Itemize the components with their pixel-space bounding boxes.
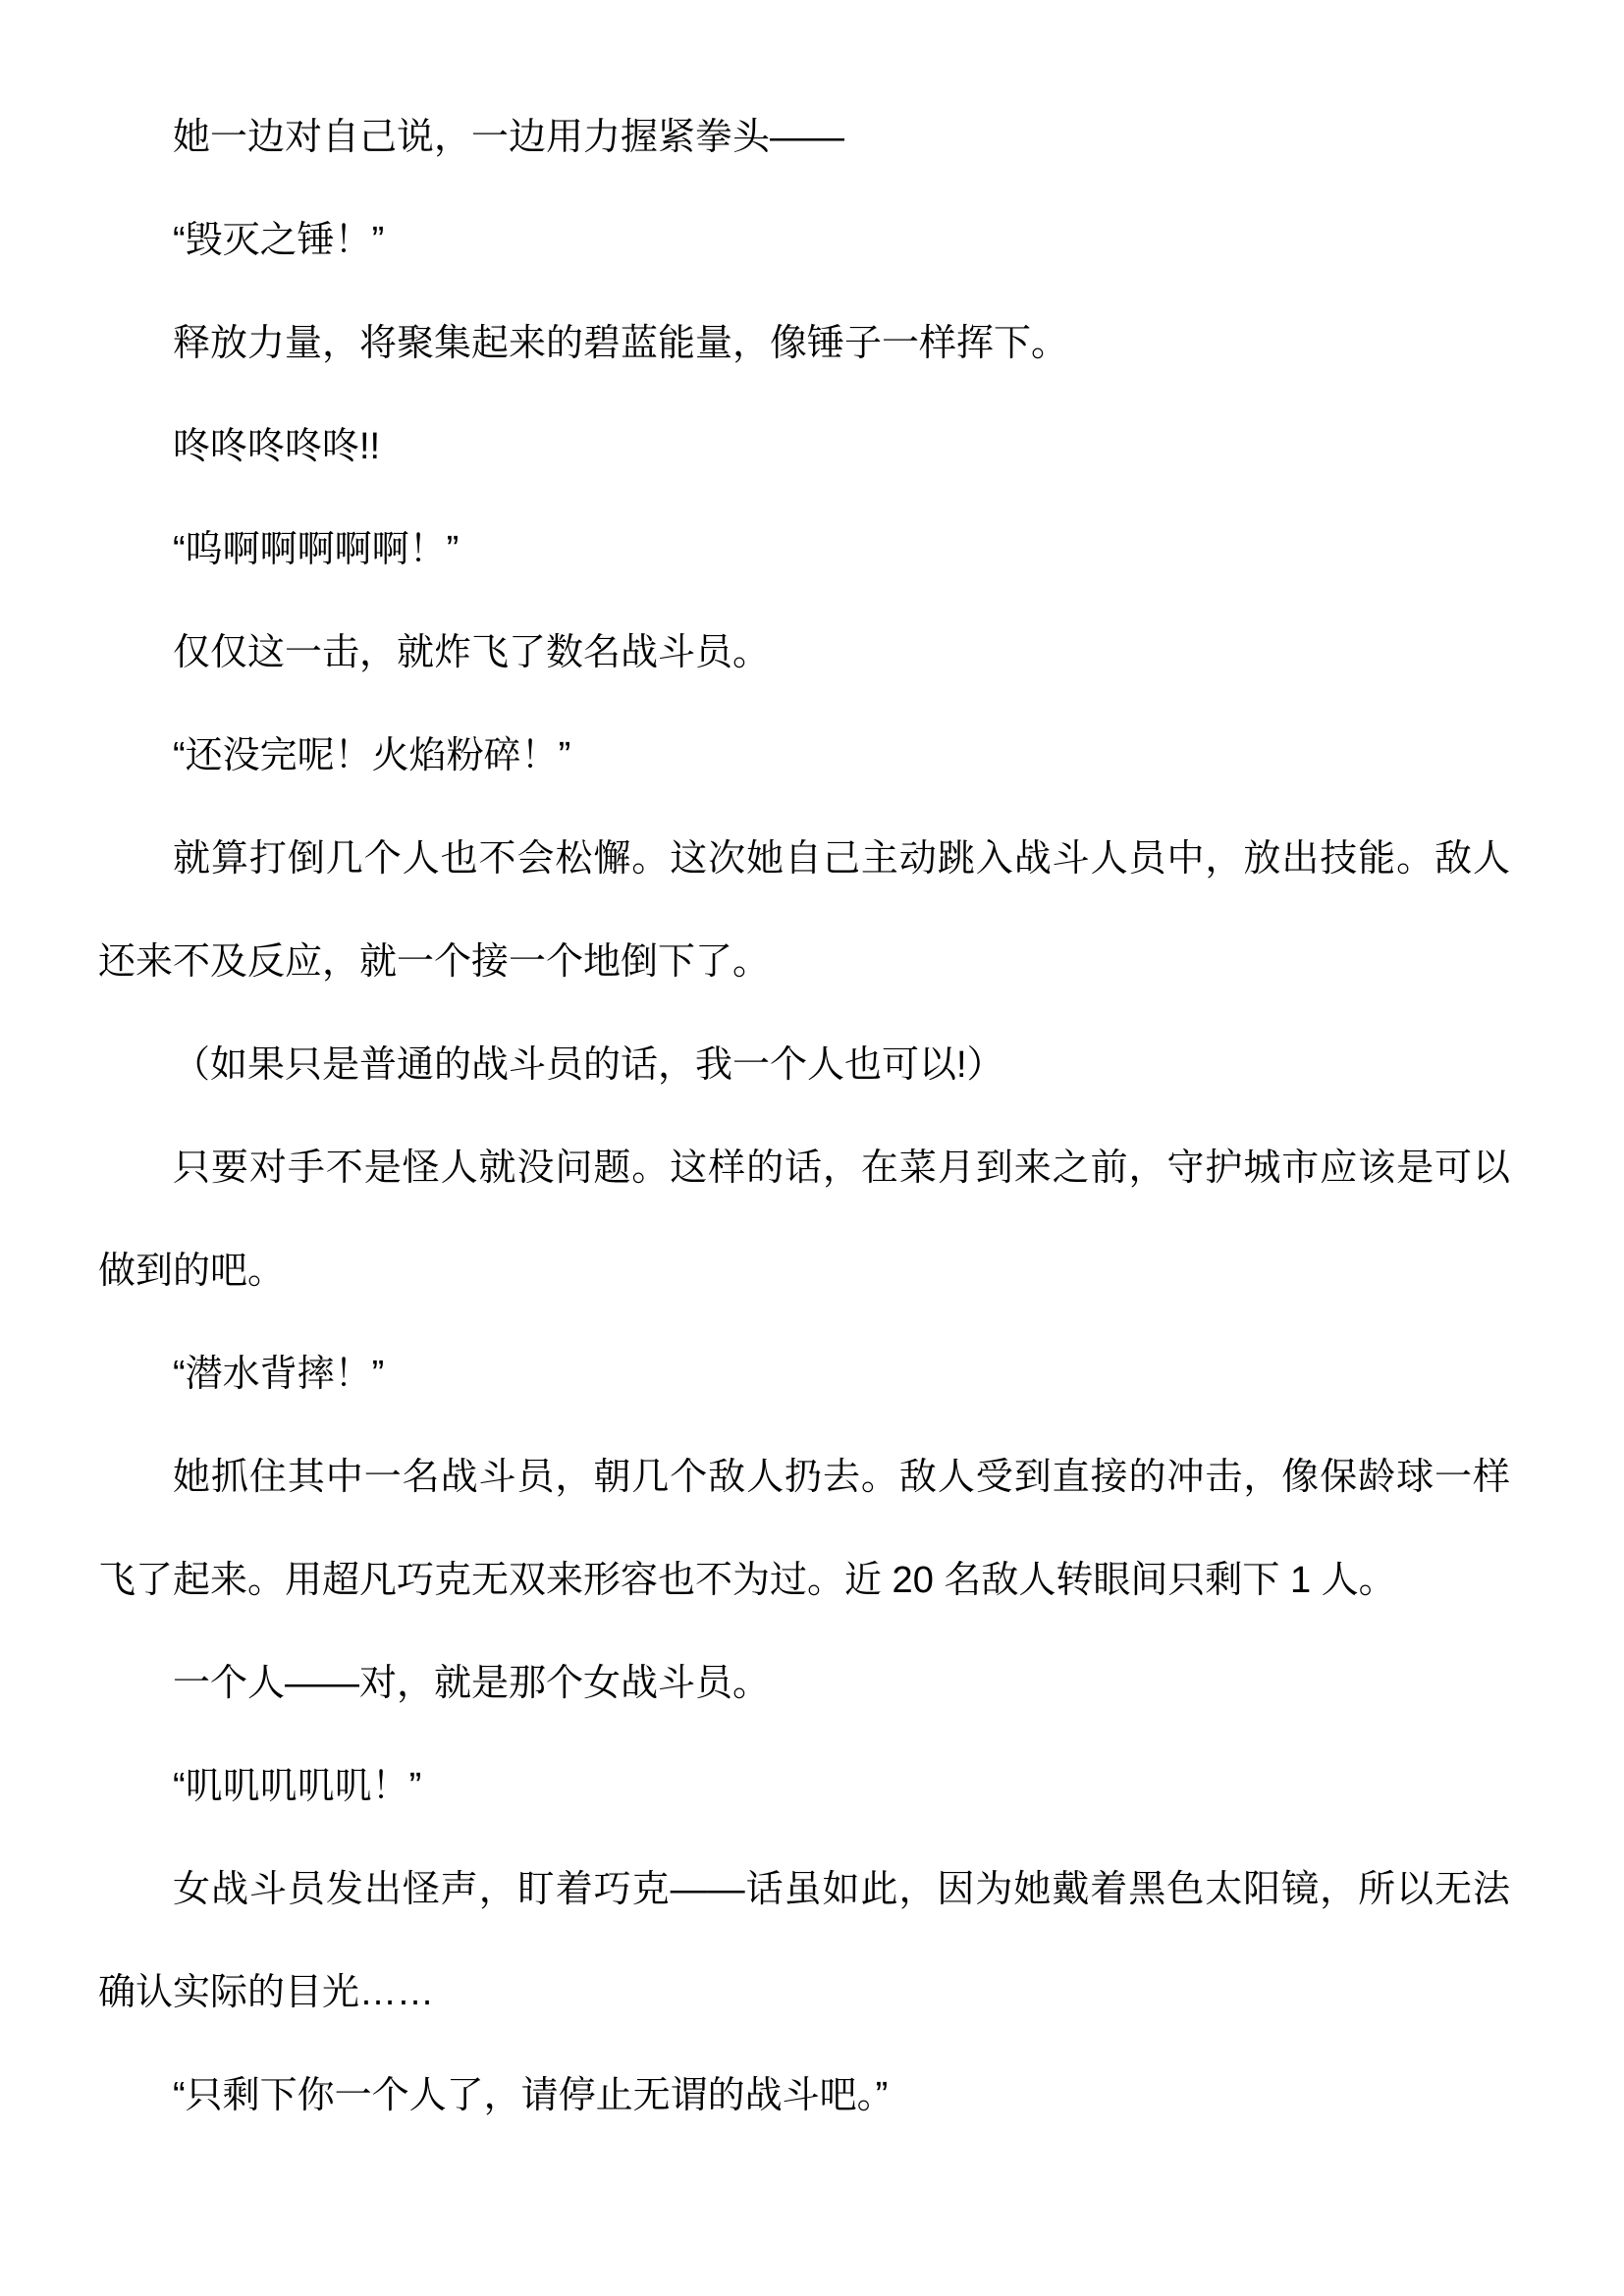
paragraph: 仅仅这一击，就炸飞了数名战斗员。: [98, 602, 1510, 705]
paragraph: 就算打倒几个人也不会松懈。这次她自己主动跳入战斗人员中，放出技能。敌人还来不及反…: [98, 808, 1510, 1014]
paragraph: （如果只是普通的战斗员的话，我一个人也可以!）: [98, 1014, 1510, 1117]
paragraph: “还没完呢！火焰粉碎！”: [98, 705, 1510, 808]
paragraph: “呜啊啊啊啊啊！”: [98, 499, 1510, 602]
paragraph: 释放力量，将聚集起来的碧蓝能量，像锤子一样挥下。: [98, 293, 1510, 396]
paragraph: 一个人——对，就是那个女战斗员。: [98, 1632, 1510, 1735]
paragraph: 只要对手不是怪人就没问题。这样的话，在菜月到来之前，守护城市应该是可以做到的吧。: [98, 1117, 1510, 1323]
paragraph: 女战斗员发出怪声，盯着巧克——话虽如此，因为她戴着黑色太阳镜，所以无法确认实际的…: [98, 1839, 1510, 2045]
paragraph: 咚咚咚咚咚!!: [98, 396, 1510, 499]
paragraph: “毁灭之锤！”: [98, 189, 1510, 293]
document-page: 她一边对自己说，一边用力握紧拳头—— “毁灭之锤！” 释放力量，将聚集起来的碧蓝…: [0, 0, 1624, 2296]
paragraph: 她一边对自己说，一边用力握紧拳头——: [98, 86, 1510, 189]
paragraph: “只剩下你一个人了，请停止无谓的战斗吧。”: [98, 2045, 1510, 2148]
paragraph: 她抓住其中一名战斗员，朝几个敌人扔去。敌人受到直接的冲击，像保龄球一样飞了起来。…: [98, 1426, 1510, 1632]
paragraph: “潜水背摔！”: [98, 1323, 1510, 1426]
paragraph: “叽叽叽叽叽！”: [98, 1735, 1510, 1839]
document-body: 她一边对自己说，一边用力握紧拳头—— “毁灭之锤！” 释放力量，将聚集起来的碧蓝…: [98, 86, 1510, 2148]
